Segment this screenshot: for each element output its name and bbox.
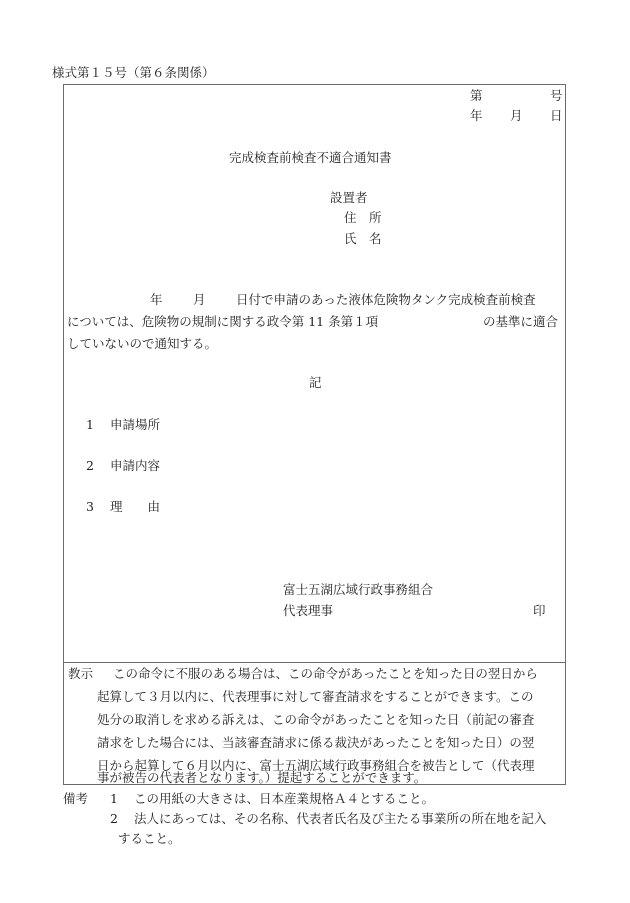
body-line-2a: については、危険物の規制に関する政令第 11 条第１項 xyxy=(67,316,378,329)
instruction-label: 教示 xyxy=(68,668,93,681)
body-line-2b: の基準に適合 xyxy=(483,316,558,329)
document-title: 完成検査前検査不適合通知書 xyxy=(229,152,392,165)
recipient-address-label: 住 所 xyxy=(344,212,382,225)
remark-1-number: 1 xyxy=(110,793,118,806)
instruction-divider xyxy=(63,662,566,663)
issuer-title: 代表理事 xyxy=(283,605,333,618)
date-year: 年 xyxy=(470,110,483,123)
remark-2-number: 2 xyxy=(110,813,118,826)
instruction-line-3: 処分の取消しを求める訴えは、この命令があったことを知った日（前記の審査 xyxy=(97,714,534,727)
remarks-label: 備考 xyxy=(63,793,88,806)
date-day: 日 xyxy=(550,110,563,123)
instruction-line-4: 請求をした場合には、当該審査請求に係る裁決があったことを知った日）の翌 xyxy=(97,737,534,750)
remark-2-continuation: すること。 xyxy=(118,833,181,846)
recipient-name-label: 氏 名 xyxy=(344,233,382,246)
remark-1-text: この用紙の大きさは、日本産業規格Ａ４とすること。 xyxy=(134,793,434,806)
instruction-line-2: 起算して３月以内に、代表理事に対して審査請求をすることができます。この xyxy=(97,691,534,704)
body-year: 年 xyxy=(150,294,163,307)
item-3-label: 理 由 xyxy=(110,501,160,514)
seal-mark: 印 xyxy=(533,605,546,618)
item-2-number: 2 xyxy=(86,460,94,473)
ki-heading: 記 xyxy=(309,377,322,390)
form-number-label: 様式第１５号（第６条関係） xyxy=(52,67,215,80)
item-1-label: 申請場所 xyxy=(110,419,160,432)
recipient-label: 設置者 xyxy=(330,192,368,205)
item-3-number: 3 xyxy=(86,501,94,514)
date-month: 月 xyxy=(510,110,523,123)
document-number-suffix: 号 xyxy=(550,90,563,103)
item-2-label: 申請内容 xyxy=(110,460,160,473)
remark-2-text: 法人にあっては、その名称、代表者氏名及び主たる事業所の所在地を記入 xyxy=(134,813,546,826)
instruction-line-1: この命令に不服のある場合は、この命令があったことを知った日の翌日から xyxy=(113,668,538,681)
issuer-organization: 富士五湖広域行政事務組合 xyxy=(283,584,433,597)
document-number-prefix: 第 xyxy=(470,90,483,103)
item-1-number: 1 xyxy=(86,419,94,432)
body-month: 月 xyxy=(193,294,206,307)
body-line-1: 日付で申請のあった液体危険物タンク完成検査前検査 xyxy=(236,294,536,307)
body-line-3: していないので通知する。 xyxy=(67,338,217,351)
instruction-line-6: 事が被告の代表者となります。）提起することができます。 xyxy=(97,772,426,785)
